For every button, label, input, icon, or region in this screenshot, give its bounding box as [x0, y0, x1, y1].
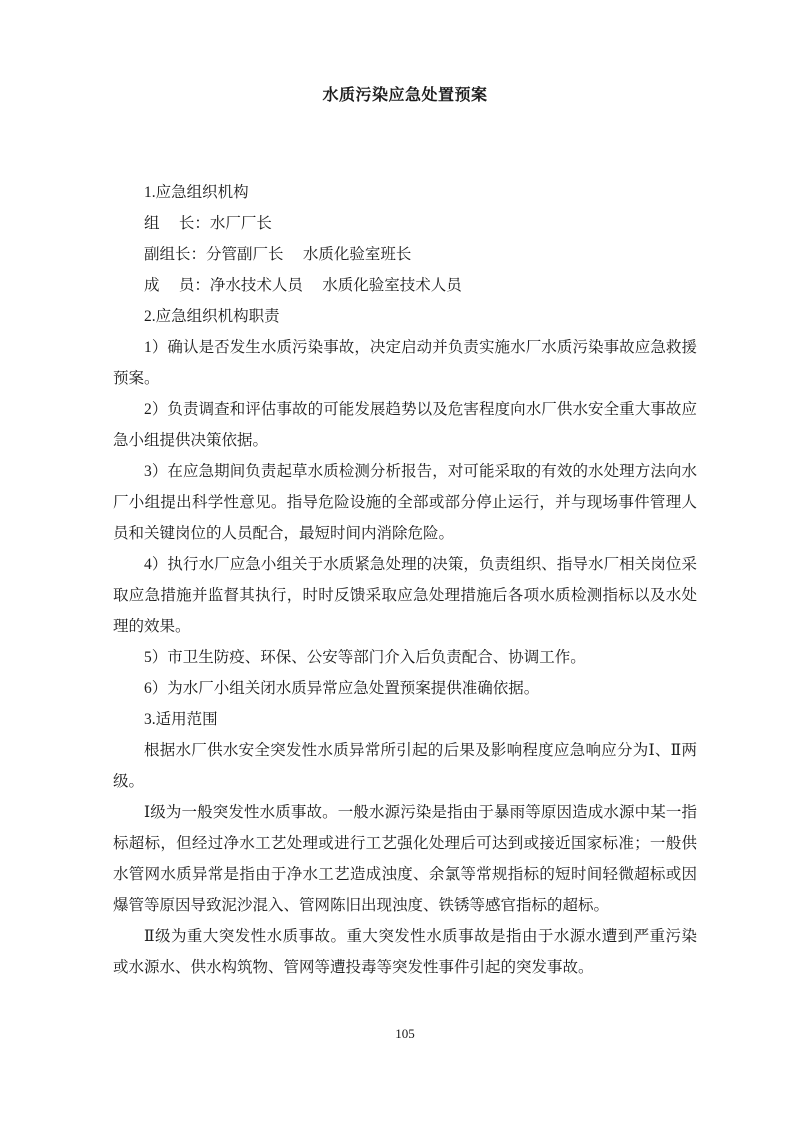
paragraph: 组 长：水厂厂长 [113, 208, 697, 239]
paragraph: 5）市卫生防疫、环保、公安等部门介入后负责配合、协调工作。 [113, 642, 697, 673]
paragraph: 6）为水厂小组关闭水质异常应急处置预案提供准确依据。 [113, 673, 697, 704]
paragraph: 副组长：分管副厂长 水质化验室班长 [113, 239, 697, 270]
paragraph: 3.适用范围 [113, 704, 697, 735]
paragraph: 1.应急组织机构 [113, 177, 697, 208]
paragraph: 成 员：净水技术人员 水质化验室技术人员 [113, 270, 697, 301]
paragraph: Ⅱ级为重大突发性水质事故。重大突发性水质事故是指由于水源水遭到严重污染或水源水、… [113, 921, 697, 983]
paragraph: 根据水厂供水安全突发性水质异常所引起的后果及影响程度应急响应分为Ⅰ、Ⅱ两级。 [113, 735, 697, 797]
paragraph: 4）执行水厂应急小组关于水质紧急处理的决策，负责组织、指导水厂相关岗位采取应急措… [113, 549, 697, 642]
document-body: 1.应急组织机构组 长：水厂厂长副组长：分管副厂长 水质化验室班长成 员：净水技… [113, 177, 697, 983]
paragraph: 3）在应急期间负责起草水质检测分析报告，对可能采取的有效的水处理方法向水厂小组提… [113, 456, 697, 549]
paragraph: Ⅰ级为一般突发性水质事故。一般水源污染是指由于暴雨等原因造成水源中某一指标超标，… [113, 797, 697, 921]
document-page: 水质污染应急处置预案 1.应急组织机构组 长：水厂厂长副组长：分管副厂长 水质化… [0, 0, 793, 1122]
paragraph: 2.应急组织机构职责 [113, 301, 697, 332]
paragraph: 1）确认是否发生水质污染事故，决定启动并负责实施水厂水质污染事故应急救援预案。 [113, 332, 697, 394]
page-number: 105 [113, 1026, 697, 1042]
paragraph: 2）负责调查和评估事故的可能发展趋势以及危害程度向水厂供水安全重大事故应急小组提… [113, 394, 697, 456]
document-title: 水质污染应急处置预案 [113, 86, 697, 106]
